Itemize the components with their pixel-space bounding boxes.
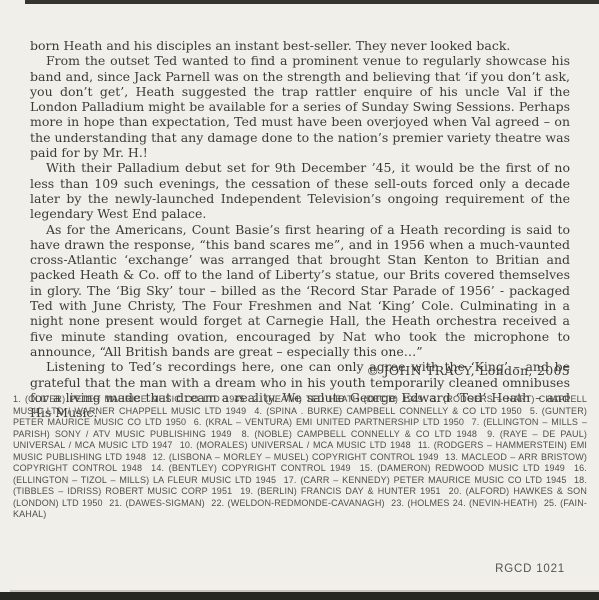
- paragraph: As for the Americans, Count Basie’s firs…: [30, 222, 570, 360]
- paragraph: With their Palladium debut set for 9th D…: [30, 160, 570, 221]
- copyright-attribution: © JOHN TRACY, London, 2005: [367, 363, 571, 378]
- liner-notes-page: born Heath and his disciples an instant …: [0, 0, 599, 600]
- scan-edge-bottom: [0, 592, 599, 600]
- paragraph: From the outset Ted wanted to find a pro…: [30, 53, 570, 160]
- publishing-credits: 1. (OLIVER) PETER MAURICE MUSIC CO LTD 1…: [13, 394, 587, 521]
- catalog-number: RGCD 1021: [495, 563, 565, 575]
- paragraph: born Heath and his disciples an instant …: [30, 38, 570, 53]
- scan-edge-top: [25, 0, 599, 4]
